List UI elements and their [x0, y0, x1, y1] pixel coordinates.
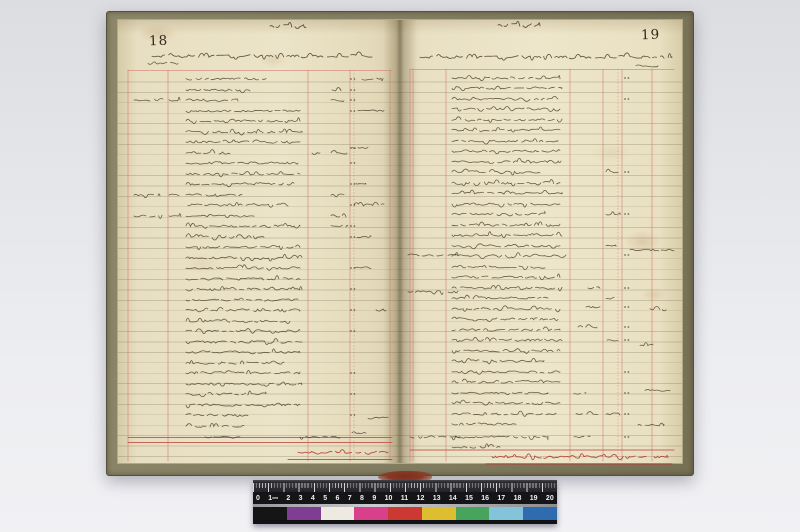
ruler-color-patch	[354, 507, 388, 520]
left-page	[118, 20, 400, 463]
ruler-tick-strip	[253, 483, 557, 492]
ruler-number: 14	[449, 495, 457, 502]
ruler-number: 18	[514, 495, 522, 502]
ruler-number: 12	[417, 495, 425, 502]
page-number-left: 18	[149, 33, 169, 50]
ruler-number: 5	[323, 495, 327, 502]
ruler-number: 0	[256, 495, 260, 502]
ruler-color-patch	[253, 507, 287, 520]
ruler-color-patch	[388, 507, 422, 520]
ruler-color-patch	[523, 507, 557, 520]
ruler-number: 11	[401, 495, 408, 502]
ruler-number: 3	[299, 495, 303, 502]
ruler-number: 2	[286, 495, 290, 502]
ruler-color-patch	[422, 507, 456, 520]
photo-background: 18 19 01cm234567891011121314151617181920	[0, 0, 800, 532]
ruler-number-row: 01cm234567891011121314151617181920	[253, 492, 557, 504]
ruler-number: 10	[385, 495, 393, 502]
page-number-right: 19	[641, 27, 661, 44]
right-page-ruling	[400, 72, 682, 457]
ruler-color-patch	[456, 507, 490, 520]
ruler-number: 19	[530, 495, 538, 502]
ruler-number: 16	[481, 495, 489, 502]
ruler-number: 4	[311, 495, 315, 502]
ruler-number: 1cm	[268, 495, 278, 502]
ruler-bottom-edge	[253, 520, 557, 524]
ruler-number: 15	[465, 495, 473, 502]
book-gutter-shadow	[383, 20, 417, 463]
page-spread	[117, 19, 683, 464]
ruler-number: 9	[372, 495, 376, 502]
ledger-book	[106, 11, 694, 476]
ruler-number: 17	[497, 495, 505, 502]
ruler-color-patches	[253, 507, 557, 520]
right-page	[400, 20, 682, 463]
ruler-number: 13	[433, 495, 441, 502]
ruler-number: 6	[335, 495, 339, 502]
photographic-scale-ruler: 01cm234567891011121314151617181920	[253, 480, 557, 524]
ruler-color-patch	[489, 507, 523, 520]
ruler-number: 8	[360, 495, 364, 502]
left-page-ruling	[118, 72, 400, 457]
ruler-color-patch	[321, 507, 355, 520]
ruler-number: 7	[348, 495, 352, 502]
ruler-number: 20	[546, 495, 554, 502]
ruler-color-patch	[287, 507, 321, 520]
